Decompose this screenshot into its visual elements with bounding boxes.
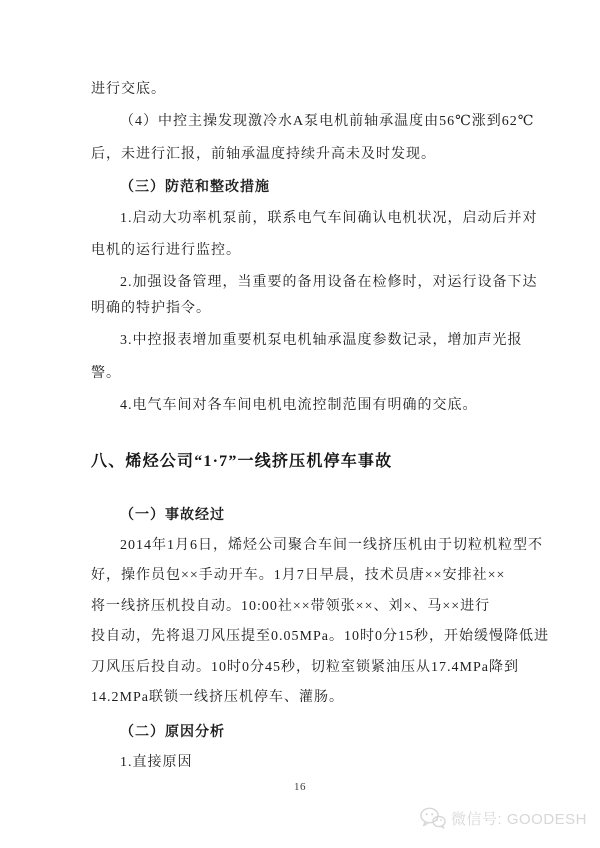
document-page: 进行交底。 （4）中控主操发现激冷水A泵电机前轴承温度由56℃涨到62℃ 后，未… [0, 0, 600, 848]
body-line: 后，未进行汇报，前轴承温度持续升高未及时发现。 [91, 145, 561, 165]
body-line: 进行交底。 [91, 80, 561, 100]
body-line: 警。 [91, 364, 561, 384]
body-line: 4.电气车间对各车间电机电流控制范围有明确的交底。 [91, 396, 590, 416]
body-line: 3.中控报表增加重要机泵电机轴承温度参数记录，增加声光报 [91, 331, 590, 351]
body-line: 好，操作员包××手动开车。1月7日早晨，技术员唐××安排社×× [91, 566, 561, 586]
body-line: 2.加强设备管理，当重要的备用设备在检修时，对运行设备下达 [91, 273, 590, 293]
subsection-heading: （三）防范和整改措施 [91, 178, 590, 198]
watermark: 微信号: GOODESH [419, 806, 587, 830]
body-line: 将一线挤压机投自动。10:00社××带领张××、刘×、马××进行 [91, 597, 561, 617]
body-line: 1.直接原因 [91, 753, 590, 773]
body-line: 刀风压后投自动。10时0分45秒，切粒室锁紧油压从17.4MPa降到 [91, 658, 561, 678]
body-line: 2014年1月6日，烯烃公司聚合车间一线挤压机由于切粒机粒型不 [91, 536, 590, 556]
body-line: 投自动，先将退刀风压提至0.05MPa。10时0分15秒，开始缓慢降低进 [91, 627, 561, 647]
subsection-heading: （二）原因分析 [91, 723, 590, 743]
body-line: 14.2MPa联锁一线挤压机停车、灌肠。 [91, 688, 561, 708]
section-heading: 八、烯烃公司“1·7”一线挤压机停车事故 [91, 452, 561, 472]
body-line: 明确的特护指令。 [91, 299, 561, 319]
page-number: 16 [0, 781, 600, 793]
body-line: 1.启动大功率机泵前，联系电气车间确认电机状况，启动后并对 [91, 209, 590, 229]
body-line: （4）中控主操发现激冷水A泵电机前轴承温度由56℃涨到62℃ [91, 112, 590, 132]
watermark-text: 微信号: GOODESH [451, 808, 587, 829]
body-line: 电机的运行进行监控。 [91, 241, 561, 261]
subsection-heading: （一）事故经过 [91, 506, 590, 526]
wechat-icon [419, 806, 446, 830]
